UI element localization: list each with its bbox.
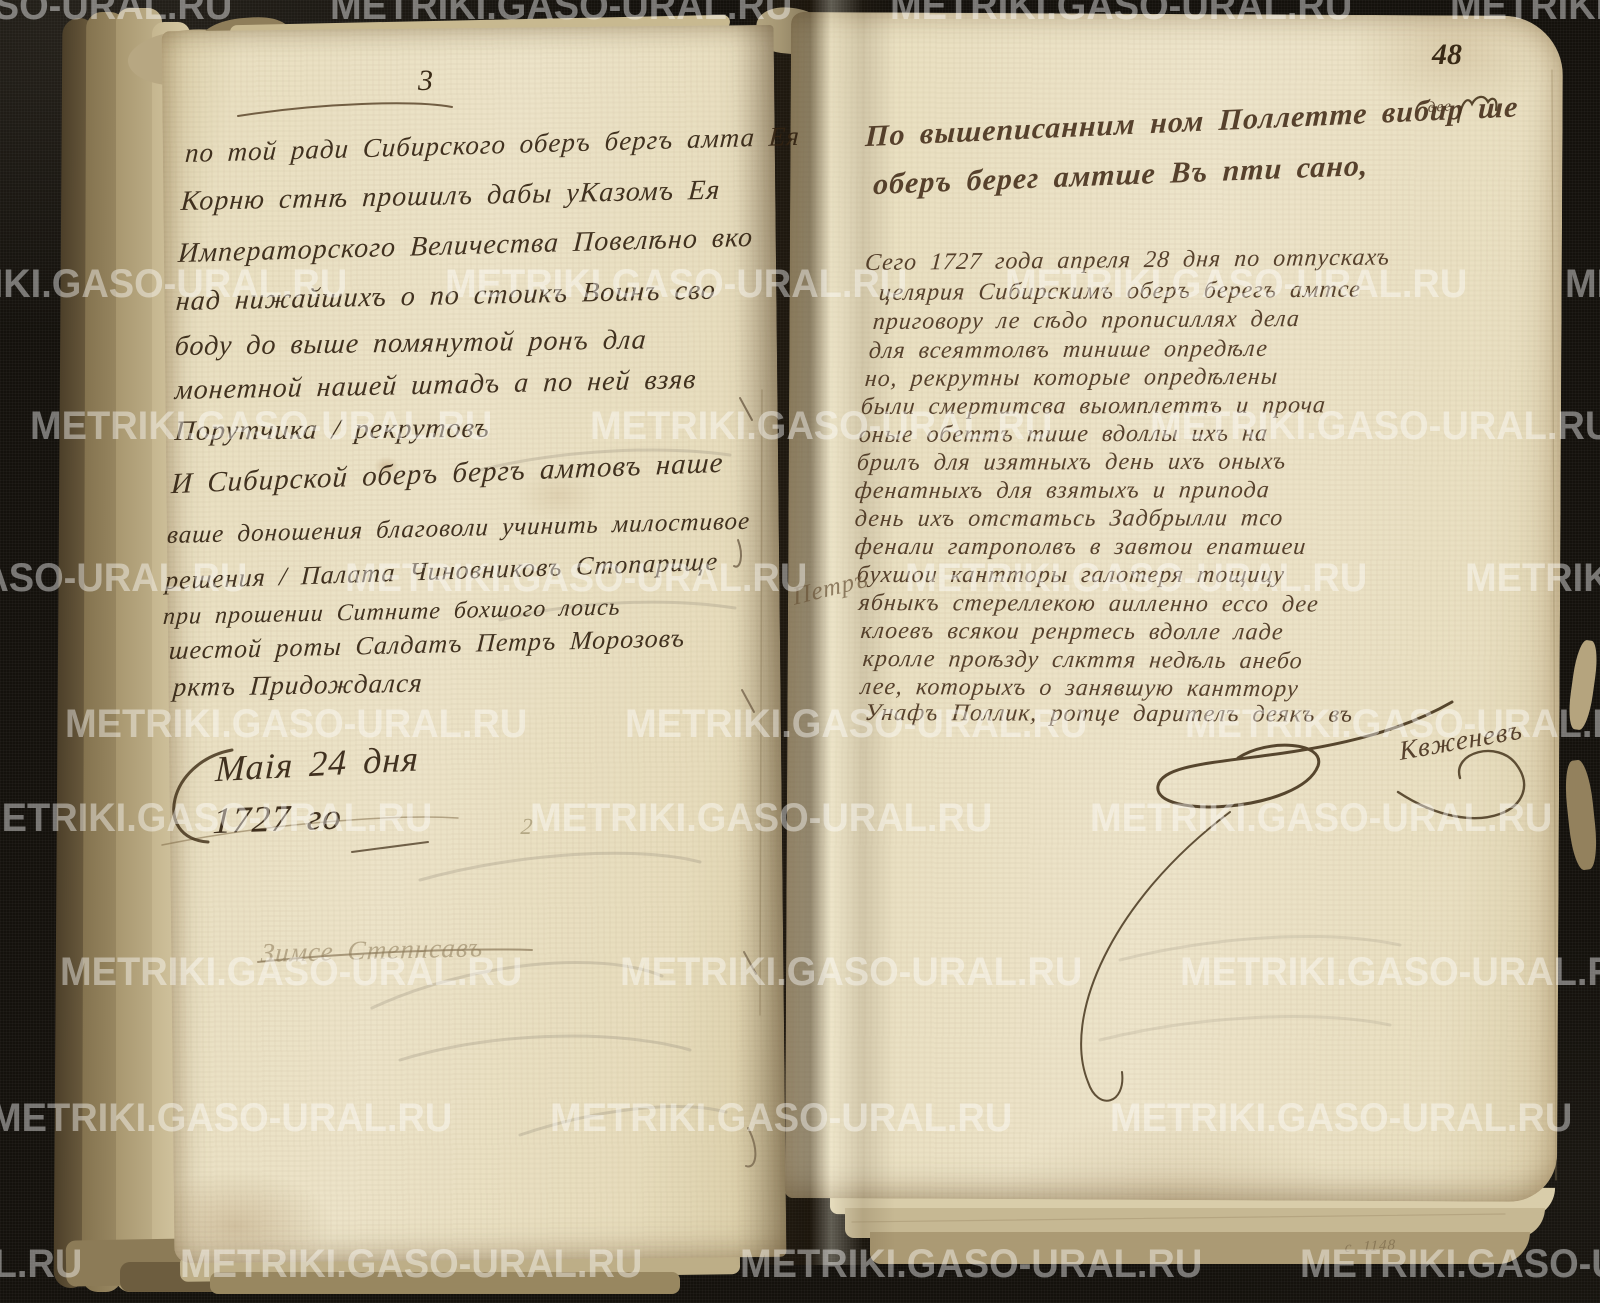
manuscript-line: И Сибирской оберъ бергъ амтовъ наше [170, 447, 724, 501]
manuscript-line: Сего 1727 года апреля 28 дня по отпусках… [864, 245, 1391, 278]
manuscript-line: 2 [520, 814, 535, 840]
manuscript-line: ваше доношения благоволи учинить милости… [166, 508, 751, 550]
manuscript-line: шестой роты Салдатъ Петръ Морозовъ [168, 623, 686, 666]
manuscript-line: кролле проѣзду слкття недѣль анебо [861, 646, 1303, 675]
manuscript-line: рктъ Придождался [172, 668, 424, 703]
manuscript-line: ябныкъ стереллекою аилленно ессо дее [858, 590, 1320, 619]
manuscript-line: Императорского Величества Повелѣно вко [177, 222, 754, 270]
manuscript-line: По вышеписанним ном Поллетте вибир ше [865, 90, 1520, 154]
manuscript-line: бухшои кантторы галотеря тощицу [856, 562, 1286, 589]
manuscript-line: по той ради Сибирского оберъ бергъ амта … [184, 121, 801, 169]
manuscript-line: фенатныхъ для взятыхъ и припода [854, 477, 1271, 505]
manuscript-line: 1727 го [212, 795, 343, 843]
manuscript-line: для всеяттолвъ тинише опредѣле [868, 336, 1269, 365]
manuscript-line: с 1148 [1344, 1237, 1396, 1257]
manuscript-line: оные обеттъ тише вдоллы ихъ на [858, 421, 1269, 449]
manuscript-line: Маія 24 дня [215, 737, 420, 790]
manuscript-line: были смертитсва выомплеттъ и проча [860, 392, 1327, 421]
manuscript-line: фенали гатрополвъ в завтои епатшеи [854, 534, 1308, 561]
manuscript-line: решения / Палата Чиновниковъ Стопарище [164, 547, 719, 596]
manuscript-line: монетной нашей штадъ а по ней взяв [174, 364, 698, 407]
manuscript-line: клоевъ всякои ренртесь вдолле ладе [860, 618, 1285, 646]
manuscript-line: боду до выше помянутой ронъ дла [174, 324, 648, 363]
handwriting-layer: по той ради Сибирского оберъ бергъ амта … [0, 0, 1600, 1303]
archival-book-photo: 3 48 по той ради Сибирского оберъ бергъ … [0, 0, 1600, 1303]
manuscript-line: Квженевъ [1398, 714, 1524, 767]
manuscript-line: приговору ле сѣдо прописиллях дела [872, 306, 1301, 336]
manuscript-line: целярия Сибирскимъ оберъ берегъ амтсе [878, 277, 1362, 307]
manuscript-line: дее [1428, 98, 1452, 117]
manuscript-line: Зимсе Степнсавъ [260, 932, 484, 969]
manuscript-line: день ихъ отстатьсь Задбрылли тсо [854, 505, 1285, 533]
manuscript-line: лее, которыхъ о занявшую канттору [859, 674, 1299, 703]
manuscript-line: при прошении Ситните бохшого лоись [162, 594, 621, 631]
manuscript-line: Порутчика / рекрутовъ [174, 413, 492, 448]
manuscript-line: Унафъ Поллик, ротце дарителъ деякъ въ [864, 700, 1355, 729]
manuscript-line: оберъ берег амтше Въ пти сано, [872, 149, 1369, 202]
manuscript-line: но, рекрутны которые опредѣлены [864, 364, 1279, 393]
manuscript-line: брилъ для изятныхъ день ихъ оныхъ [856, 449, 1288, 478]
manuscript-line: над нижайшихъ о по стоикъ Воинъ сво [175, 275, 717, 318]
manuscript-line: Корню стнѣ прошилъ дабы уКазомъ Ея [180, 175, 722, 218]
